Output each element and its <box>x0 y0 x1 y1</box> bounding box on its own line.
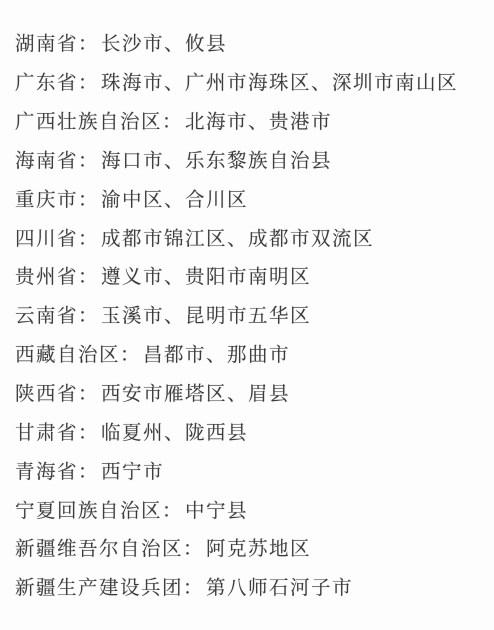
province-label: 四川省 <box>15 223 78 251</box>
colon-separator: ： <box>78 456 99 484</box>
places-text: 西安市雁塔区、眉县 <box>101 378 290 406</box>
province-label: 宁夏回族自治区 <box>15 495 162 523</box>
places-text: 成都市锦江区、成都市双流区 <box>101 223 374 251</box>
colon-separator: ： <box>78 28 99 56</box>
document-page: 湖南省：长沙市、攸县 广东省：珠海市、广州市海珠区、深圳市南山区 广西壮族自治区… <box>0 0 494 630</box>
places-text: 昌都市、那曲市 <box>143 339 290 367</box>
places-text: 长沙市、攸县 <box>101 28 227 56</box>
province-label: 广西壮族自治区 <box>15 106 162 134</box>
province-label: 青海省 <box>15 456 78 484</box>
list-item: 重庆市：渝中区、合川区 <box>15 178 484 217</box>
list-item: 新疆生产建设兵团：第八师石河子市 <box>15 567 484 606</box>
list-item: 广西壮族自治区：北海市、贵港市 <box>15 101 484 140</box>
colon-separator: ： <box>78 378 99 406</box>
colon-separator: ： <box>78 223 99 251</box>
list-item: 广东省：珠海市、广州市海珠区、深圳市南山区 <box>15 62 484 101</box>
province-label: 云南省 <box>15 300 78 328</box>
places-text: 渝中区、合川区 <box>101 184 248 212</box>
list-item: 云南省：玉溪市、昆明市五华区 <box>15 295 484 334</box>
colon-separator: ： <box>162 106 183 134</box>
colon-separator: ： <box>120 339 141 367</box>
province-label: 贵州省 <box>15 261 78 289</box>
province-label: 新疆维吾尔自治区 <box>15 533 183 561</box>
colon-separator: ： <box>78 300 99 328</box>
colon-separator: ： <box>78 184 99 212</box>
list-item: 湖南省：长沙市、攸县 <box>15 23 484 62</box>
places-text: 海口市、乐东黎族自治县 <box>101 145 332 173</box>
places-text: 玉溪市、昆明市五华区 <box>101 300 311 328</box>
places-text: 遵义市、贵阳市南明区 <box>101 261 311 289</box>
list-item: 陕西省：西安市雁塔区、眉县 <box>15 373 484 412</box>
colon-separator: ： <box>78 261 99 289</box>
province-label: 海南省 <box>15 145 78 173</box>
places-text: 阿克苏地区 <box>206 533 311 561</box>
province-label: 新疆生产建设兵团 <box>15 572 183 600</box>
list-item: 贵州省：遵义市、贵阳市南明区 <box>15 256 484 295</box>
colon-separator: ： <box>78 67 99 95</box>
places-text: 中宁县 <box>185 495 248 523</box>
list-item: 青海省：西宁市 <box>15 450 484 489</box>
places-text: 西宁市 <box>101 456 164 484</box>
places-text: 珠海市、广州市海珠区、深圳市南山区 <box>101 67 458 95</box>
province-label: 陕西省 <box>15 378 78 406</box>
places-text: 北海市、贵港市 <box>185 106 332 134</box>
province-label: 甘肃省 <box>15 417 78 445</box>
province-label: 广东省 <box>15 67 78 95</box>
colon-separator: ： <box>183 572 204 600</box>
province-label: 湖南省 <box>15 28 78 56</box>
colon-separator: ： <box>183 533 204 561</box>
list-item: 新疆维吾尔自治区：阿克苏地区 <box>15 528 484 567</box>
places-text: 临夏州、陇西县 <box>101 417 248 445</box>
list-item: 西藏自治区：昌都市、那曲市 <box>15 334 484 373</box>
province-label: 重庆市 <box>15 184 78 212</box>
colon-separator: ： <box>78 145 99 173</box>
list-item: 甘肃省：临夏州、陇西县 <box>15 411 484 450</box>
colon-separator: ： <box>78 417 99 445</box>
list-item: 宁夏回族自治区：中宁县 <box>15 489 484 528</box>
colon-separator: ： <box>162 495 183 523</box>
province-label: 西藏自治区 <box>15 339 120 367</box>
list-item: 四川省：成都市锦江区、成都市双流区 <box>15 217 484 256</box>
list-item: 海南省：海口市、乐东黎族自治县 <box>15 140 484 179</box>
province-list: 湖南省：长沙市、攸县 广东省：珠海市、广州市海珠区、深圳市南山区 广西壮族自治区… <box>15 23 484 606</box>
places-text: 第八师石河子市 <box>206 572 353 600</box>
